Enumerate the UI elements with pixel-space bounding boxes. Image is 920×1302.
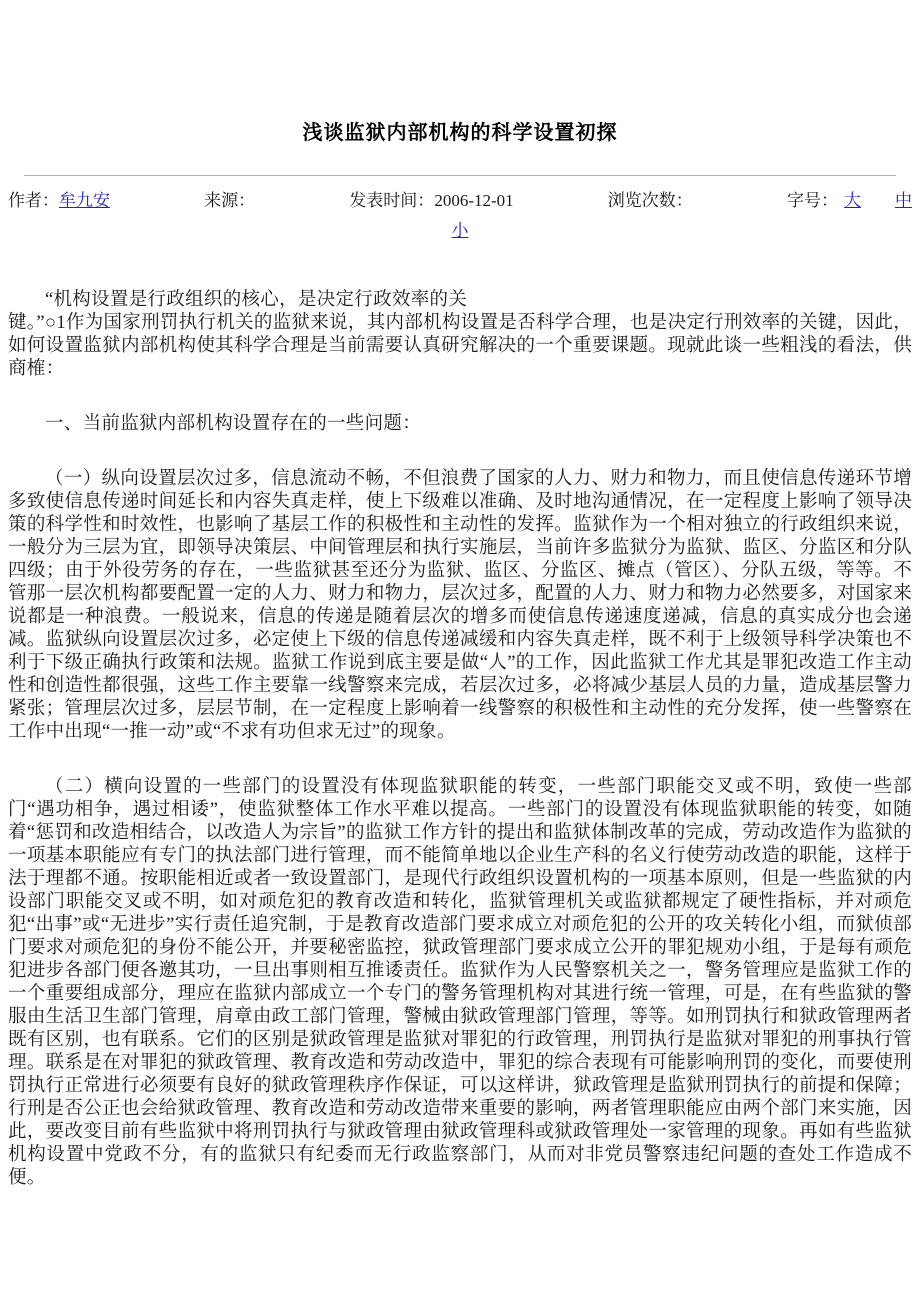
meta-bar: 作者：牟九安 来源： 发表时间：2006-12-01 浏览次数： 字号：大中 小 [8,186,912,241]
fontsize-field: 字号：大中 [787,186,912,211]
paragraph-problem-horizontal: （二）横向设置的一些部门的设置没有体现监狱职能的转变，一些部门职能交叉或不明，致… [8,776,912,1190]
view-count-field: 浏览次数： [608,186,693,211]
source-field: 来源： [204,186,255,211]
divider [24,175,896,176]
meta-row-wrap: 小 [8,216,912,241]
publish-date-field: 发表时间：2006-12-01 [349,186,513,211]
source-label: 来源： [204,191,255,210]
fontsize-medium-link[interactable]: 中 [895,191,912,210]
author-field: 作者：牟九安 [8,186,110,211]
article-body: “机构设置是行政组织的核心，是决定行政效率的关键。”○1作为国家刑罚执行机关的监… [8,289,912,1190]
author-label: 作者： [8,191,59,210]
fontsize-small-link[interactable]: 小 [452,221,469,240]
publish-date-label: 发表时间： [349,191,434,210]
paragraph-intro: “机构设置是行政组织的核心，是决定行政效率的关键。”○1作为国家刑罚执行机关的监… [8,289,912,381]
intro-line-1: “机构设置是行政组织的核心，是决定行政效率的关 [45,290,467,310]
intro-line-rest: 键。”○1作为国家刑罚执行机关的监狱来说，其内部机构设置是否科学合理，也是决定行… [8,313,912,379]
view-count-label: 浏览次数： [608,191,693,210]
fontsize-large-link[interactable]: 大 [844,191,861,210]
paragraph-problem-vertical: （一）纵向设置层次过多，信息流动不畅，不但浪费了国家的人力、财力和物力，而且使信… [8,468,912,744]
meta-row: 作者：牟九安 来源： 发表时间：2006-12-01 浏览次数： 字号：大中 [8,186,912,211]
article-title: 浅谈监狱内部机构的科学设置初探 [0,0,920,145]
author-link[interactable]: 牟九安 [59,191,110,210]
section-heading-1: 一、当前监狱内部机构设置存在的一些问题： [8,413,912,436]
fontsize-label: 字号： [787,191,838,210]
article-page: 浅谈监狱内部机构的科学设置初探 作者：牟九安 来源： 发表时间：2006-12-… [0,0,920,1302]
publish-date-value: 2006-12-01 [434,191,513,210]
